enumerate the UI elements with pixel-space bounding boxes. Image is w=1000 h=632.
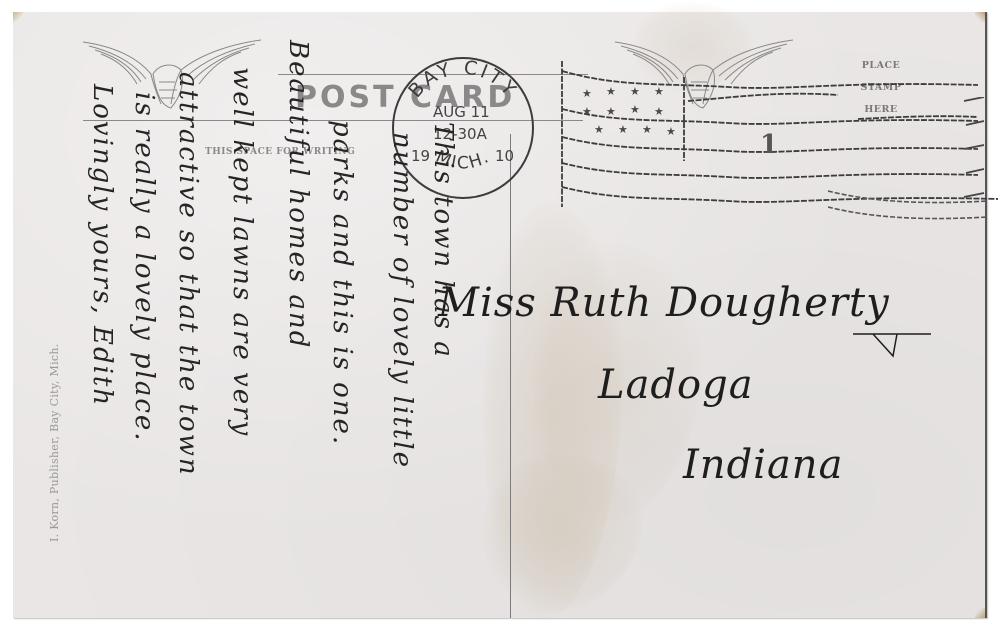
message-line-1: This town has a xyxy=(428,122,458,359)
message-line-5: well kept lawns are very xyxy=(227,67,257,437)
cancel-number: 1 xyxy=(760,130,778,160)
worn-corner xyxy=(975,12,985,22)
postcard-back: POST CARD THIS SPACE FOR WRITING PLACE S… xyxy=(13,12,987,618)
postmark-year-right: 10 xyxy=(495,148,514,164)
svg-text:★: ★ xyxy=(594,123,604,136)
address-underline-flourish-icon xyxy=(853,312,933,362)
message-line-7: is really a lovely place. xyxy=(129,92,159,443)
svg-text:★: ★ xyxy=(666,125,676,138)
svg-text:★: ★ xyxy=(654,105,664,118)
address-city: Ladoga xyxy=(598,362,754,408)
message-line-4: Beautiful homes and xyxy=(283,40,313,349)
cancel-wave-icon xyxy=(828,187,988,227)
postmark-date: AUG 11 xyxy=(433,104,490,120)
svg-text:★: ★ xyxy=(618,123,628,136)
message-line-8: Lovingly yours, Edith xyxy=(87,84,117,407)
svg-text:★: ★ xyxy=(582,87,592,100)
publisher-imprint: I. Korn, Publisher, Bay City, Mich. xyxy=(48,343,61,542)
svg-text:★: ★ xyxy=(630,103,640,116)
svg-text:★: ★ xyxy=(582,105,592,118)
svg-text:★: ★ xyxy=(630,85,640,98)
svg-text:★: ★ xyxy=(606,85,616,98)
message-line-6: attractive so that the town xyxy=(173,72,203,477)
address-state: Indiana xyxy=(683,442,843,488)
address-divider-line xyxy=(510,134,511,618)
worn-corner xyxy=(975,608,985,618)
water-stain xyxy=(483,452,643,612)
svg-text:BAY CITY: BAY CITY xyxy=(404,57,522,102)
svg-text:★: ★ xyxy=(642,123,652,136)
svg-text:★: ★ xyxy=(606,105,616,118)
message-line-2: number of lovely little xyxy=(387,132,417,469)
message-line-3: parks and this is one. xyxy=(327,120,357,446)
postmark-city: BAY CITY xyxy=(404,57,522,102)
svg-text:★: ★ xyxy=(654,85,664,98)
address-name: Miss Ruth Dougherty xyxy=(438,280,890,326)
worn-corner xyxy=(13,12,23,22)
